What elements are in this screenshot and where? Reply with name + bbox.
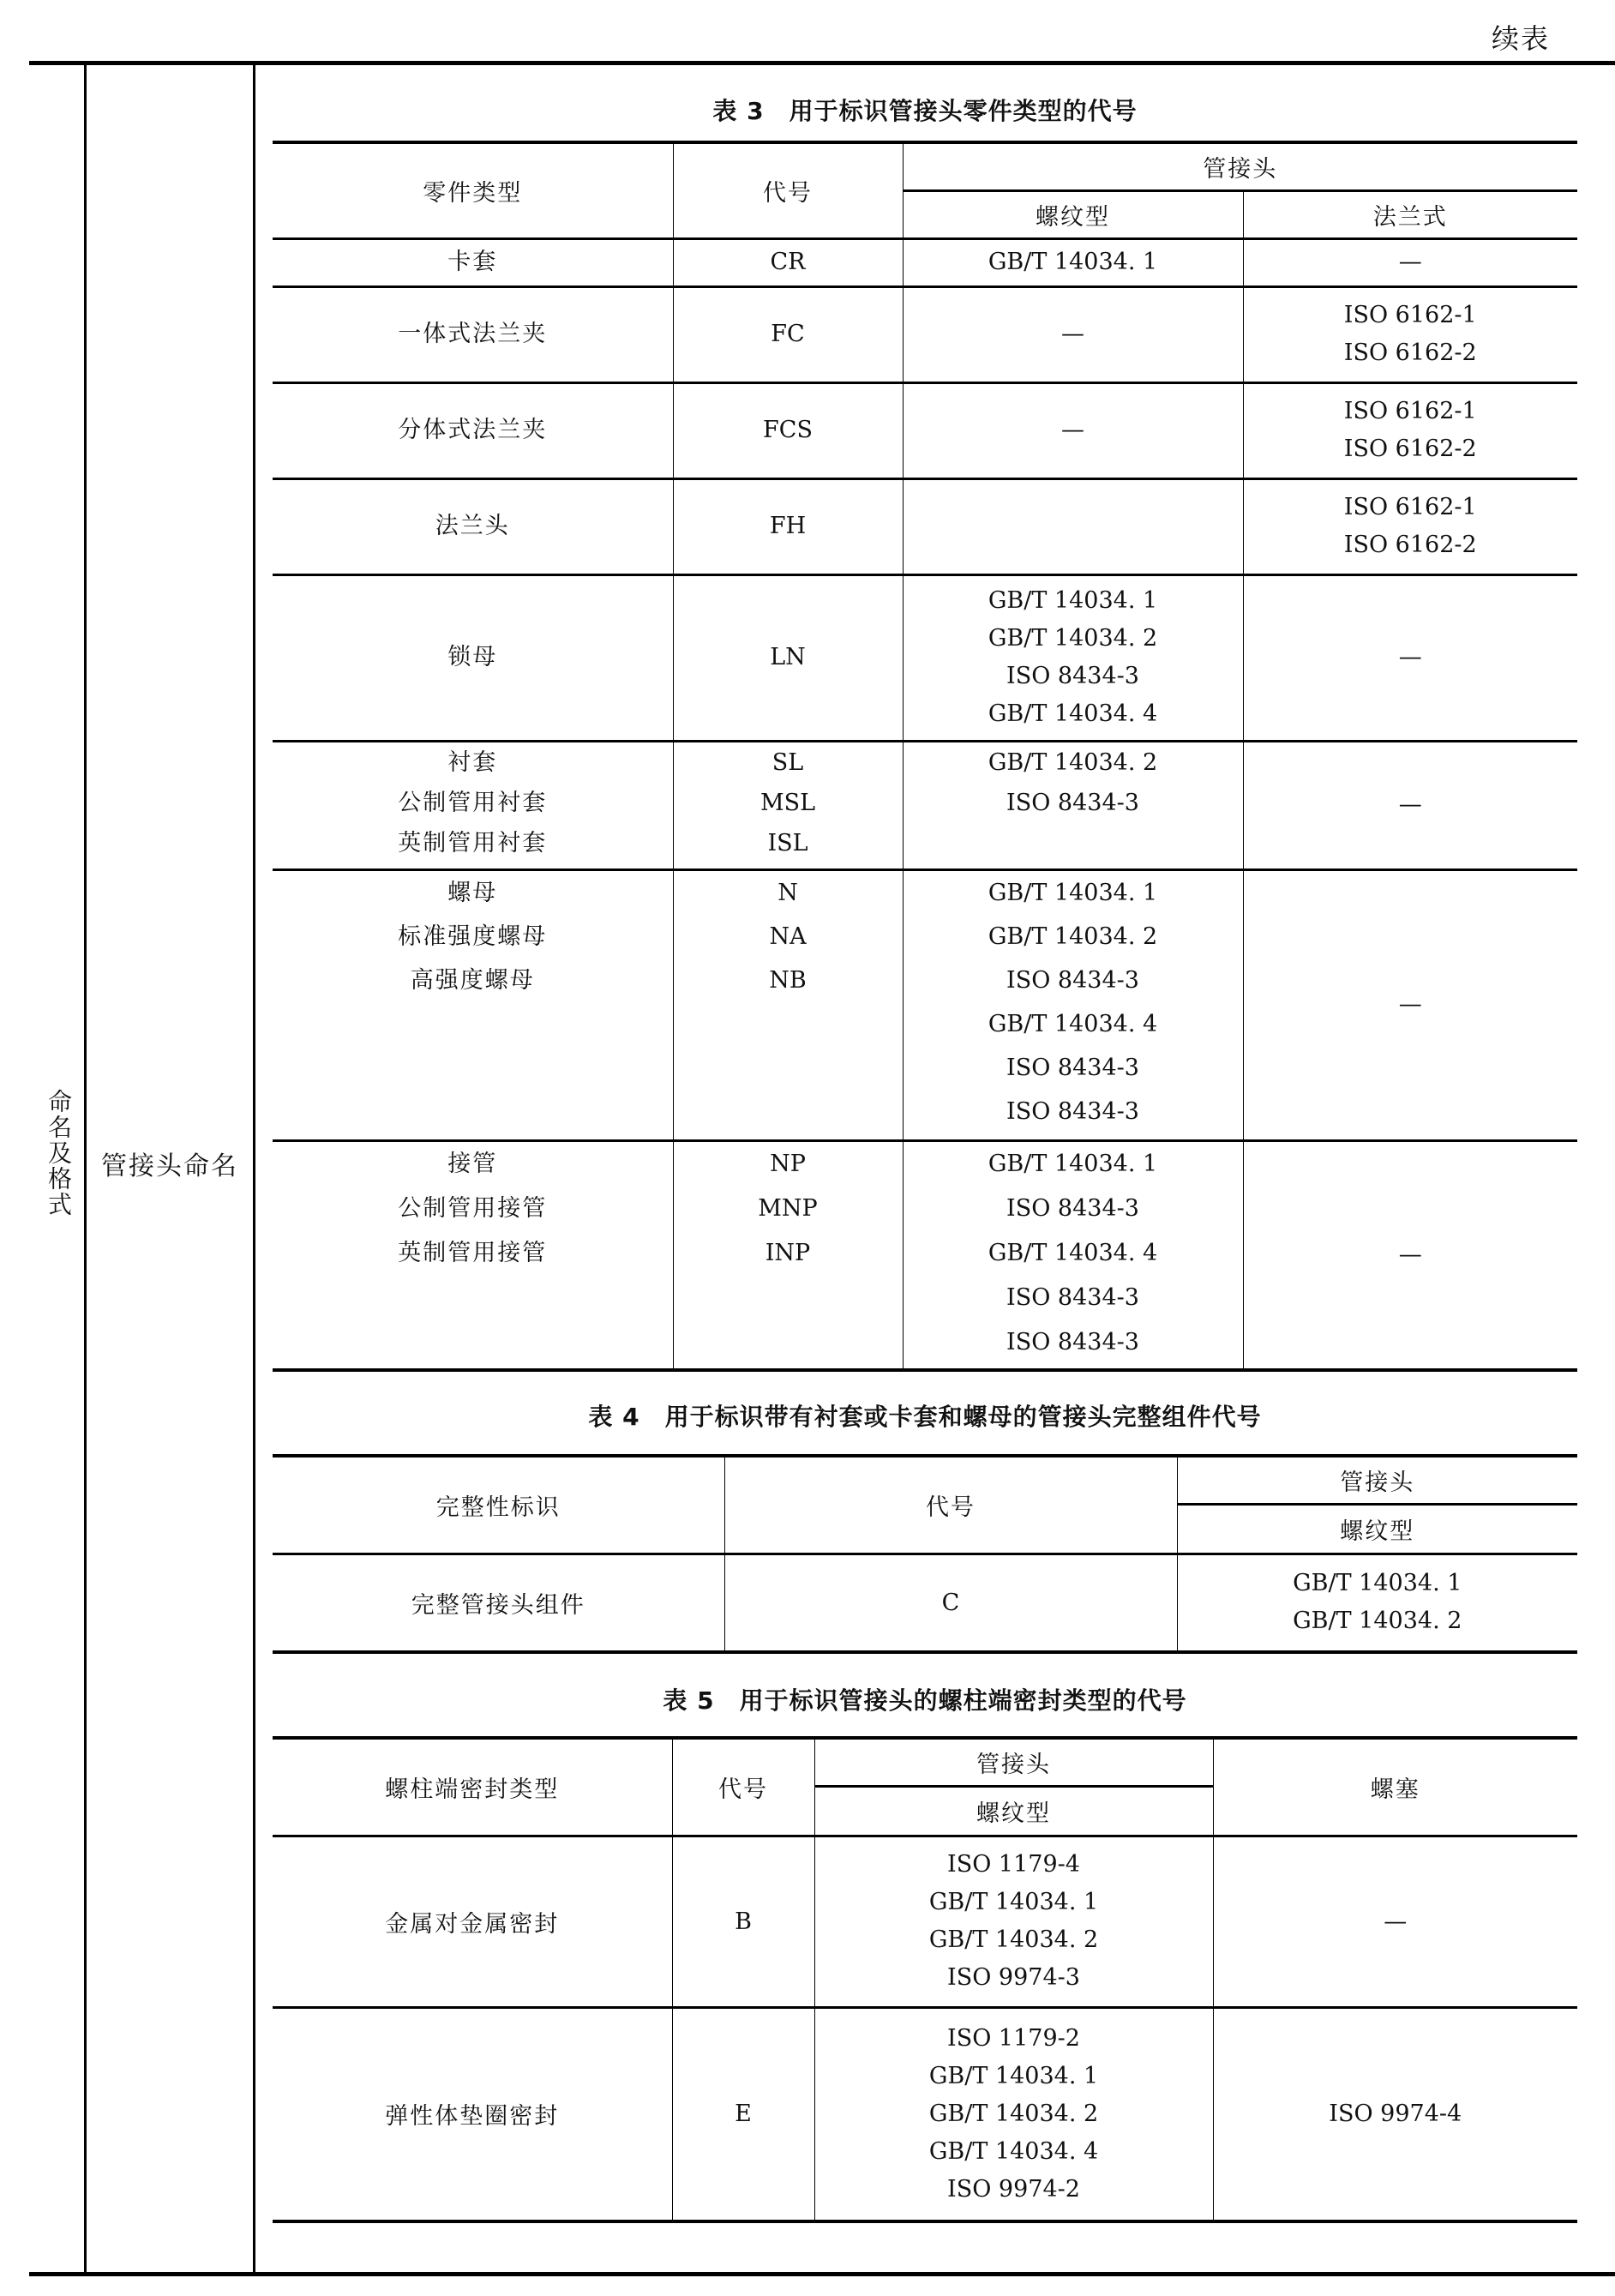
t3-cell-part: 衬套公制管用衬套英制管用衬套 — [273, 741, 673, 869]
t3-cell-threaded-line: GB/T 14034. 4 — [904, 1002, 1243, 1046]
t3-cell-code-line: INP — [674, 1231, 903, 1276]
t5-threaded-line: ISO 1179-2 — [815, 2020, 1213, 2058]
t3-cell-threaded-line: ISO 8434-3 — [904, 658, 1243, 695]
t3-cell-threaded-line: ISO 8434-3 — [904, 959, 1243, 1002]
t3-cell-threaded-line: ISO 8434-3 — [904, 1320, 1243, 1365]
t3-cell-threaded: GB/T 14034. 2ISO 8434-3 — [903, 741, 1243, 869]
t4-header-fitting: 管接头 — [1177, 1456, 1577, 1504]
t3-header-threaded: 螺纹型 — [903, 190, 1243, 238]
t5-cell-code: E — [672, 2007, 814, 2221]
frame-bottom-rule — [29, 2272, 1615, 2276]
t3-cell-threaded-line: ISO 8434-3 — [904, 1046, 1243, 1090]
t3-cell-threaded-line: GB/T 14034. 2 — [904, 915, 1243, 959]
t3-cell-flanged: — — [1243, 741, 1577, 869]
t3-cell-threaded — [903, 478, 1243, 574]
t5-header-fitting: 管接头 — [814, 1738, 1213, 1786]
t3-cell-part-line: 英制管用衬套 — [273, 823, 673, 863]
t3-cell-threaded-line: — — [904, 412, 1243, 449]
t3-cell-flanged: — — [1243, 1140, 1577, 1370]
t3-cell-flanged-line: — — [1244, 243, 1578, 281]
t3-header-flanged: 法兰式 — [1243, 190, 1577, 238]
t3-cell-threaded-line: — — [904, 316, 1243, 353]
t3-cell-flanged-line: ISO 6162-2 — [1244, 334, 1578, 372]
t3-cell-part-line: 分体式法兰夹 — [273, 412, 673, 449]
t3-header-part-type: 零件类型 — [273, 142, 673, 238]
t3-cell-code-line: NP — [674, 1142, 903, 1187]
continued-label: 续表 — [1492, 17, 1550, 57]
t3-cell-code: FC — [673, 286, 903, 382]
t5-cell-plug: ISO 9974-4 — [1213, 2007, 1577, 2221]
t3-cell-flanged-line: ISO 6162-1 — [1244, 489, 1578, 526]
t3-cell-code-line: CR — [674, 243, 903, 281]
t3-cell-threaded-line: GB/T 14034. 2 — [904, 742, 1243, 783]
t3-cell-flanged-line: — — [1244, 1236, 1578, 1274]
table3-body: 卡套CRGB/T 14034. 1—一体式法兰夹FC—ISO 6162-1ISO… — [273, 238, 1577, 1370]
t3-cell-code-line: NB — [674, 959, 903, 1002]
t3-cell-threaded: GB/T 14034. 1ISO 8434-3GB/T 14034. 4ISO … — [903, 1140, 1243, 1370]
t3-cell-flanged-line: ISO 6162-1 — [1244, 393, 1578, 430]
t3-cell-code-line: FCS — [674, 412, 903, 449]
t3-cell-flanged-line: ISO 6162-1 — [1244, 297, 1578, 334]
table3-title: 表 3 用于标识管接头零件类型的代号 — [273, 91, 1577, 132]
t3-cell-part-line: 英制管用接管 — [273, 1231, 673, 1276]
t3-cell-threaded: — — [903, 286, 1243, 382]
t3-cell-code: FCS — [673, 382, 903, 478]
t3-cell-flanged-line: — — [1244, 639, 1578, 676]
t5-cell-threaded: ISO 1179-4 GB/T 14034. 1 GB/T 14034. 2 I… — [814, 1836, 1213, 2007]
t3-cell-code: FH — [673, 478, 903, 574]
t4-threaded-line: GB/T 14034. 1 — [1178, 1565, 1578, 1602]
t5-threaded-line: GB/T 14034. 1 — [815, 1884, 1213, 1921]
table-row: 分体式法兰夹FCS—ISO 6162-1ISO 6162-2 — [273, 382, 1577, 478]
t4-header-code: 代号 — [724, 1456, 1177, 1554]
t5-cell-seal: 弹性体垫圈密封 — [273, 2007, 672, 2221]
t4-header-integrity-id: 完整性标识 — [273, 1456, 724, 1554]
t3-cell-threaded-line: ISO 8434-3 — [904, 1090, 1243, 1133]
t3-cell-code: NPMNPINP — [673, 1140, 903, 1370]
t3-cell-part-line: 锁母 — [273, 639, 673, 676]
t5-cell-seal: 金属对金属密封 — [273, 1836, 672, 2007]
t3-cell-flanged-line: — — [1244, 986, 1578, 1024]
table4-title: 表 4 用于标识带有衬套或卡套和螺母的管接头完整组件代号 — [273, 1396, 1577, 1439]
t4-cell-threaded: GB/T 14034. 1 GB/T 14034. 2 — [1177, 1554, 1577, 1652]
t3-cell-threaded-line: GB/T 14034. 1 — [904, 243, 1243, 281]
t3-cell-part-line: 公制管用接管 — [273, 1187, 673, 1231]
t3-cell-part-line: 公制管用衬套 — [273, 783, 673, 823]
t3-cell-code: SLMSLISL — [673, 741, 903, 869]
t3-cell-threaded-line: ISO 8434-3 — [904, 783, 1243, 823]
t3-cell-part: 卡套 — [273, 238, 673, 286]
t3-cell-code: NNANB — [673, 869, 903, 1140]
t3-cell-threaded-line: GB/T 14034. 4 — [904, 695, 1243, 733]
t3-cell-part: 分体式法兰夹 — [273, 382, 673, 478]
t3-cell-part-line: 法兰头 — [273, 508, 673, 545]
table-row: 一体式法兰夹FC—ISO 6162-1ISO 6162-2 — [273, 286, 1577, 382]
t4-threaded-line: GB/T 14034. 2 — [1178, 1602, 1578, 1640]
t3-cell-part-line: 一体式法兰夹 — [273, 316, 673, 353]
t5-cell-code: B — [672, 1836, 814, 2007]
t3-cell-part: 螺母标准强度螺母高强度螺母 — [273, 869, 673, 1140]
table4: 完整性标识 代号 管接头 螺纹型 完整管接头组件 C GB/T 14034. 1… — [273, 1454, 1577, 1654]
t3-cell-threaded-line: GB/T 14034. 1 — [904, 871, 1243, 915]
t3-cell-threaded-line: GB/T 14034. 2 — [904, 620, 1243, 658]
t3-cell-part: 一体式法兰夹 — [273, 286, 673, 382]
table-row: 卡套CRGB/T 14034. 1— — [273, 238, 1577, 286]
t5-header-plug: 螺塞 — [1213, 1738, 1577, 1836]
t5-threaded-line: GB/T 14034. 2 — [815, 2095, 1213, 2133]
t3-cell-flanged: ISO 6162-1ISO 6162-2 — [1243, 382, 1577, 478]
t3-cell-flanged-line: ISO 6162-2 — [1244, 526, 1578, 564]
t3-cell-code: LN — [673, 574, 903, 741]
t3-header-code: 代号 — [673, 142, 903, 238]
t3-cell-part: 锁母 — [273, 574, 673, 741]
table5: 螺柱端密封类型 代号 管接头 螺塞 螺纹型 金属对金属密封 B ISO 1179… — [273, 1736, 1577, 2223]
t3-cell-code-line: FC — [674, 316, 903, 353]
t3-cell-threaded-line: ISO 8434-3 — [904, 1276, 1243, 1320]
t3-cell-flanged: ISO 6162-1ISO 6162-2 — [1243, 478, 1577, 574]
t5-threaded-line: GB/T 14034. 1 — [815, 2058, 1213, 2095]
t4-cell-code: C — [724, 1554, 1177, 1652]
t5-threaded-line: GB/T 14034. 2 — [815, 1921, 1213, 1959]
t3-cell-threaded-line: ISO 8434-3 — [904, 1187, 1243, 1231]
t3-cell-code-line: N — [674, 871, 903, 915]
t3-cell-code-line: MNP — [674, 1187, 903, 1231]
t3-cell-flanged: ISO 6162-1ISO 6162-2 — [1243, 286, 1577, 382]
t3-cell-code: CR — [673, 238, 903, 286]
t3-cell-part-line: 高强度螺母 — [273, 959, 673, 1002]
table-row: 完整管接头组件 C GB/T 14034. 1 GB/T 14034. 2 — [273, 1554, 1577, 1652]
t3-cell-code-line: FH — [674, 508, 903, 545]
table-row: 锁母LNGB/T 14034. 1GB/T 14034. 2ISO 8434-3… — [273, 574, 1577, 741]
t3-cell-code-line: MSL — [674, 783, 903, 823]
t3-cell-part-line: 卡套 — [273, 243, 673, 281]
t5-threaded-line: ISO 9974-2 — [815, 2171, 1213, 2209]
table-row: 弹性体垫圈密封 E ISO 1179-2 GB/T 14034. 1 GB/T … — [273, 2007, 1577, 2221]
t3-cell-part: 接管公制管用接管英制管用接管 — [273, 1140, 673, 1370]
t3-cell-threaded: — — [903, 382, 1243, 478]
t5-threaded-line: ISO 9974-3 — [815, 1959, 1213, 1997]
t3-cell-threaded: GB/T 14034. 1GB/T 14034. 2ISO 8434-3GB/T… — [903, 869, 1243, 1140]
t3-cell-threaded: GB/T 14034. 1 — [903, 238, 1243, 286]
t5-header-code: 代号 — [672, 1738, 814, 1836]
table-row: 法兰头FHISO 6162-1ISO 6162-2 — [273, 478, 1577, 574]
t3-cell-threaded-line: GB/T 14034. 1 — [904, 582, 1243, 620]
t3-cell-code-line: LN — [674, 639, 903, 676]
t3-cell-code-line: ISL — [674, 823, 903, 863]
t5-header-threaded: 螺纹型 — [814, 1786, 1213, 1836]
t3-cell-part-line: 标准强度螺母 — [273, 915, 673, 959]
t3-cell-threaded: GB/T 14034. 1GB/T 14034. 2ISO 8434-3GB/T… — [903, 574, 1243, 741]
t3-cell-part-line: 衬套 — [273, 742, 673, 783]
t3-cell-threaded-line: GB/T 14034. 4 — [904, 1231, 1243, 1276]
t5-cell-threaded: ISO 1179-2 GB/T 14034. 1 GB/T 14034. 2 G… — [814, 2007, 1213, 2221]
t5-header-seal-type: 螺柱端密封类型 — [273, 1738, 672, 1836]
subcategory-label: 管接头命名 — [86, 1145, 254, 1182]
t3-cell-code-line: NA — [674, 915, 903, 959]
t3-cell-flanged-line: — — [1244, 786, 1578, 824]
t3-header-fitting: 管接头 — [903, 142, 1577, 190]
t3-cell-part-line: 螺母 — [273, 871, 673, 915]
table-row: 衬套公制管用衬套英制管用衬套SLMSLISLGB/T 14034. 2ISO 8… — [273, 741, 1577, 869]
t5-threaded-line: ISO 1179-4 — [815, 1846, 1213, 1884]
tables-area: 表 3 用于标识管接头零件类型的代号 零件类型 代号 管接头 螺纹型 法兰式 卡… — [273, 65, 1577, 2223]
t5-threaded-line: GB/T 14034. 4 — [815, 2133, 1213, 2171]
table-row: 螺母标准强度螺母高强度螺母NNANBGB/T 14034. 1GB/T 1403… — [273, 869, 1577, 1140]
table-row: 接管公制管用接管英制管用接管NPMNPINPGB/T 14034. 1ISO 8… — [273, 1140, 1577, 1370]
table5-title: 表 5 用于标识管接头的螺柱端密封类型的代号 — [273, 1680, 1577, 1722]
t4-header-threaded: 螺纹型 — [1177, 1504, 1577, 1554]
t3-cell-code-line: SL — [674, 742, 903, 783]
t3-cell-part-line: 接管 — [273, 1142, 673, 1187]
t3-cell-flanged: — — [1243, 574, 1577, 741]
table3: 零件类型 代号 管接头 螺纹型 法兰式 卡套CRGB/T 14034. 1—一体… — [273, 141, 1577, 1372]
t5-cell-plug: — — [1213, 1836, 1577, 2007]
t3-cell-flanged: — — [1243, 238, 1577, 286]
category-label: 命名及格式 — [41, 1089, 75, 1217]
t3-cell-part: 法兰头 — [273, 478, 673, 574]
t3-cell-threaded-line: GB/T 14034. 1 — [904, 1142, 1243, 1187]
t3-cell-flanged: — — [1243, 869, 1577, 1140]
t4-cell-id: 完整管接头组件 — [273, 1554, 724, 1652]
t3-cell-flanged-line: ISO 6162-2 — [1244, 430, 1578, 468]
table-row: 金属对金属密封 B ISO 1179-4 GB/T 14034. 1 GB/T … — [273, 1836, 1577, 2007]
